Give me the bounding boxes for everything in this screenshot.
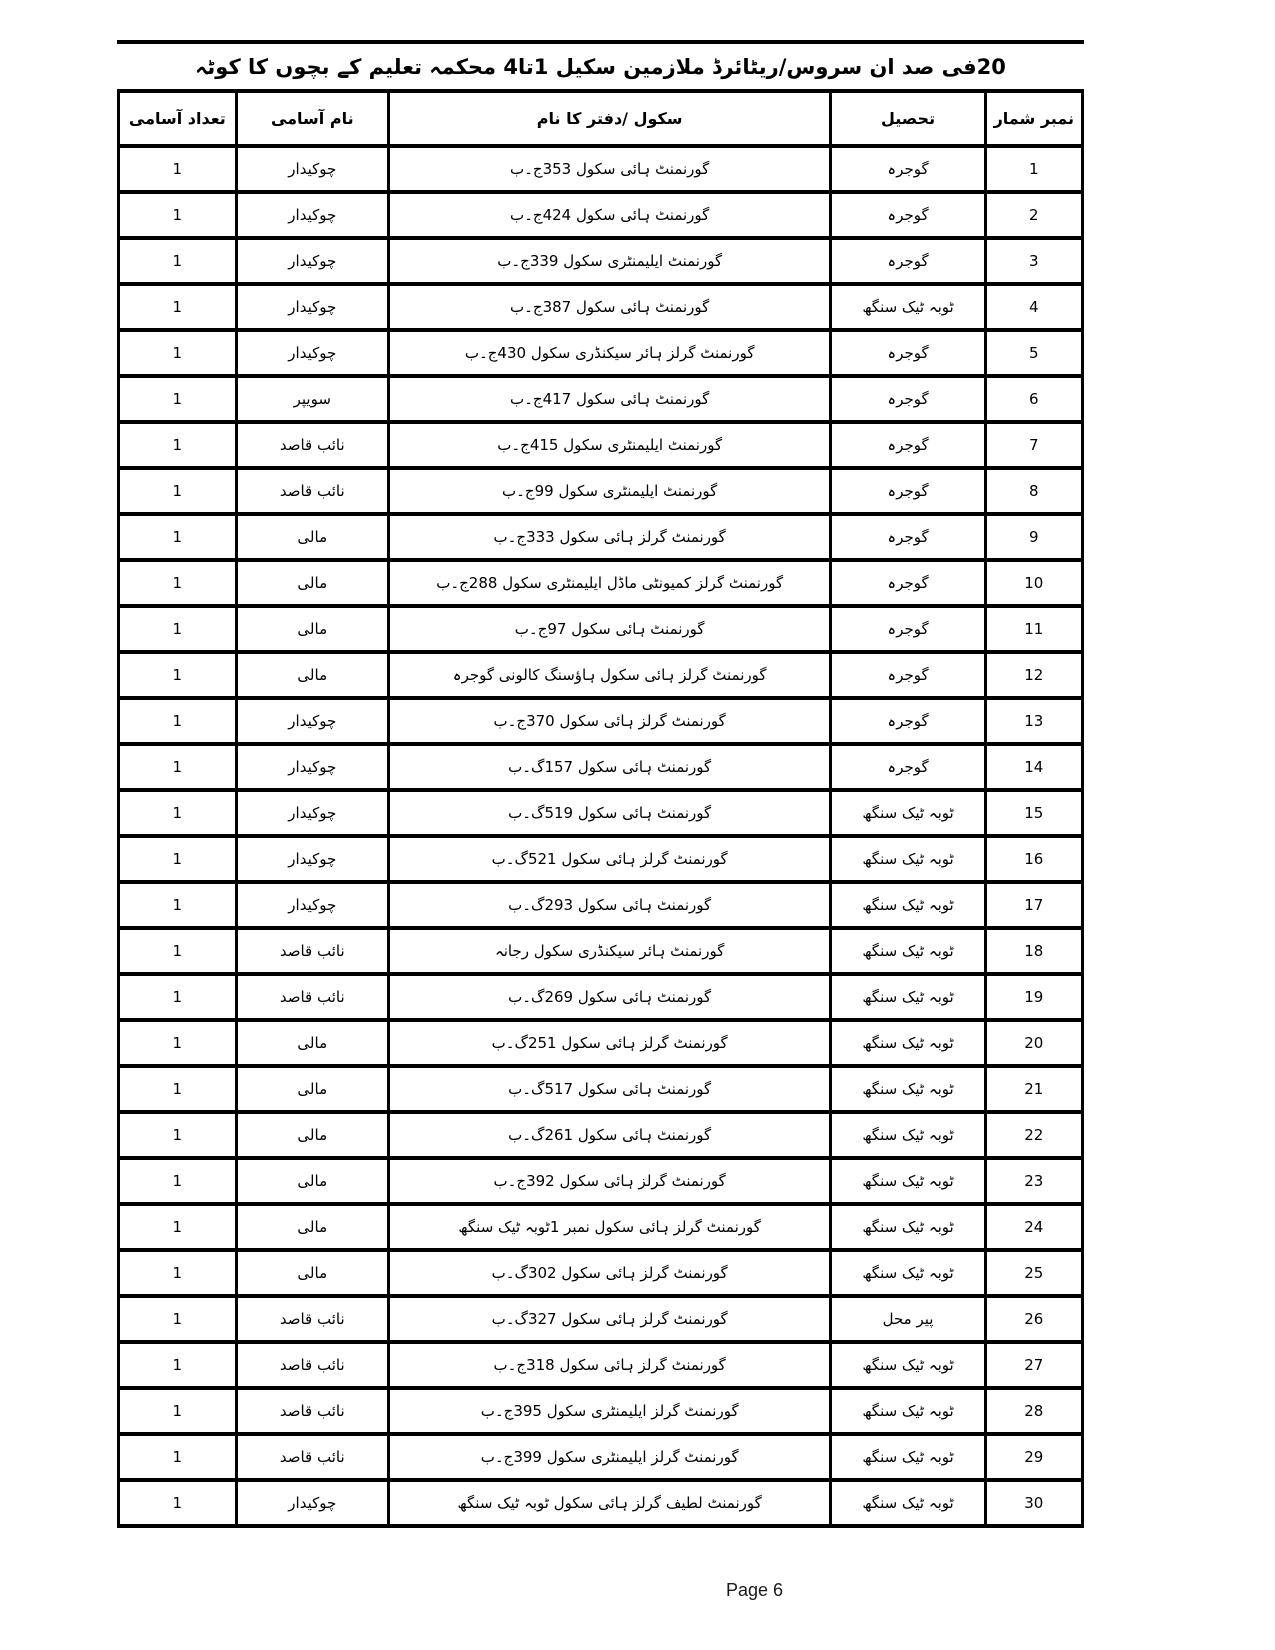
serial-cell: 11 <box>985 606 1082 652</box>
post-cell: نائب قاصد <box>236 1434 388 1480</box>
school-cell: گورنمنٹ گرلز ہائی سکول ہاؤسنگ کالونی گوج… <box>388 652 830 698</box>
table-row: 6گوجرہگورنمنٹ ہائی سکول 417ج۔بسویپر1 <box>119 376 1083 422</box>
post-cell: مالی <box>236 1250 388 1296</box>
count-cell: 1 <box>119 1112 237 1158</box>
school-cell: گورنمنٹ لطیف گرلز ہائی سکول ٹوبہ ٹیک سنگ… <box>388 1480 830 1526</box>
tehsil-cell: ٹوبہ ٹیک سنگھ <box>831 1480 985 1526</box>
school-cell: گورنمنٹ گرلز ہائی سکول 521گ۔ب <box>388 836 830 882</box>
page-title: 20فی صد ان سروس/ریٹائرڈ ملازمین سکیل 1تا… <box>117 44 1084 89</box>
tehsil-cell: ٹوبہ ٹیک سنگھ <box>831 1066 985 1112</box>
table-row: 17ٹوبہ ٹیک سنگھگورنمنٹ ہائی سکول 293گ۔بچ… <box>119 882 1083 928</box>
table-row: 9گوجرہگورنمنٹ گرلز ہائی سکول 333ج۔بمالی1 <box>119 514 1083 560</box>
table-row: 13گوجرہگورنمنٹ گرلز ہائی سکول 370ج۔بچوکی… <box>119 698 1083 744</box>
table-row: 21ٹوبہ ٹیک سنگھگورنمنٹ ہائی سکول 517گ۔بم… <box>119 1066 1083 1112</box>
tehsil-cell: گوجرہ <box>831 422 985 468</box>
tehsil-cell: گوجرہ <box>831 468 985 514</box>
school-cell: گورنمنٹ ہائی سکول 424ج۔ب <box>388 192 830 238</box>
post-cell: مالی <box>236 514 388 560</box>
count-cell: 1 <box>119 744 237 790</box>
serial-cell: 1 <box>985 146 1082 192</box>
count-cell: 1 <box>119 1158 237 1204</box>
tehsil-cell: ٹوبہ ٹیک سنگھ <box>831 1434 985 1480</box>
serial-cell: 23 <box>985 1158 1082 1204</box>
post-cell: نائب قاصد <box>236 422 388 468</box>
serial-cell: 16 <box>985 836 1082 882</box>
school-cell: گورنمنٹ ہائی سکول 157گ۔ب <box>388 744 830 790</box>
tehsil-cell: گوجرہ <box>831 238 985 284</box>
post-cell: نائب قاصد <box>236 1388 388 1434</box>
tehsil-cell: گوجرہ <box>831 192 985 238</box>
school-cell: گورنمنٹ گرلز ہائی سکول 333ج۔ب <box>388 514 830 560</box>
post-cell: مالی <box>236 1020 388 1066</box>
serial-cell: 10 <box>985 560 1082 606</box>
school-cell: گورنمنٹ گرلز ہائی سکول 251گ۔ب <box>388 1020 830 1066</box>
table-row: 26پیر محلگورنمنٹ گرلز ہائی سکول 327گ۔بنا… <box>119 1296 1083 1342</box>
header-serial: نمبر شمار <box>985 91 1082 146</box>
serial-cell: 27 <box>985 1342 1082 1388</box>
table-row: 23ٹوبہ ٹیک سنگھگورنمنٹ گرلز ہائی سکول 39… <box>119 1158 1083 1204</box>
header-post-count: تعداد آسامی <box>119 91 237 146</box>
school-cell: گورنمنٹ گرلز ہائی سکول 327گ۔ب <box>388 1296 830 1342</box>
school-cell: گورنمنٹ ہائر سیکنڈری سکول رجانہ <box>388 928 830 974</box>
table-row: 10گوجرہگورنمنٹ گرلز کمیونٹی ماڈل ایلیمنٹ… <box>119 560 1083 606</box>
table-header: نمبر شمار تحصیل سکول /دفتر کا نام نام آس… <box>119 91 1083 146</box>
count-cell: 1 <box>119 790 237 836</box>
post-cell: نائب قاصد <box>236 1296 388 1342</box>
tehsil-cell: ٹوبہ ٹیک سنگھ <box>831 836 985 882</box>
count-cell: 1 <box>119 422 237 468</box>
count-cell: 1 <box>119 1388 237 1434</box>
serial-cell: 26 <box>985 1296 1082 1342</box>
school-cell: گورنمنٹ گرلز ہائی سکول 318ج۔ب <box>388 1342 830 1388</box>
school-cell: گورنمنٹ ایلیمنٹری سکول 99ج۔ب <box>388 468 830 514</box>
table-row: 2گوجرہگورنمنٹ ہائی سکول 424ج۔بچوکیدار1 <box>119 192 1083 238</box>
serial-cell: 3 <box>985 238 1082 284</box>
serial-cell: 24 <box>985 1204 1082 1250</box>
table-row: 1گوجرہگورنمنٹ ہائی سکول 353ج۔بچوکیدار1 <box>119 146 1083 192</box>
count-cell: 1 <box>119 1434 237 1480</box>
table-row: 5گوجرہگورنمنٹ گرلز ہائر سیکنڈری سکول 430… <box>119 330 1083 376</box>
tehsil-cell: گوجرہ <box>831 560 985 606</box>
school-cell: گورنمنٹ ہائی سکول 517گ۔ب <box>388 1066 830 1112</box>
school-cell: گورنمنٹ ہائی سکول 353ج۔ب <box>388 146 830 192</box>
quota-table: نمبر شمار تحصیل سکول /دفتر کا نام نام آس… <box>117 89 1084 1528</box>
table-row: 7گوجرہگورنمنٹ ایلیمنٹری سکول 415ج۔بنائب … <box>119 422 1083 468</box>
table-row: 18ٹوبہ ٹیک سنگھگورنمنٹ ہائر سیکنڈری سکول… <box>119 928 1083 974</box>
school-cell: گورنمنٹ گرلز ہائر سیکنڈری سکول 430ج۔ب <box>388 330 830 376</box>
serial-cell: 14 <box>985 744 1082 790</box>
school-cell: گورنمنٹ گرلز ہائی سکول 392ج۔ب <box>388 1158 830 1204</box>
tehsil-cell: گوجرہ <box>831 146 985 192</box>
tehsil-cell: ٹوبہ ٹیک سنگھ <box>831 1342 985 1388</box>
post-cell: چوکیدار <box>236 790 388 836</box>
count-cell: 1 <box>119 146 237 192</box>
count-cell: 1 <box>119 560 237 606</box>
serial-cell: 29 <box>985 1434 1082 1480</box>
post-cell: مالی <box>236 560 388 606</box>
serial-cell: 19 <box>985 974 1082 1020</box>
tehsil-cell: ٹوبہ ٹیک سنگھ <box>831 882 985 928</box>
document-sheet: 20فی صد ان سروس/ریٹائرڈ ملازمین سکیل 1تا… <box>117 0 1084 1528</box>
table-row: 12گوجرہگورنمنٹ گرلز ہائی سکول ہاؤسنگ کال… <box>119 652 1083 698</box>
serial-cell: 12 <box>985 652 1082 698</box>
count-cell: 1 <box>119 1480 237 1526</box>
post-cell: چوکیدار <box>236 238 388 284</box>
table-row: 28ٹوبہ ٹیک سنگھگورنمنٹ گرلز ایلیمنٹری سک… <box>119 1388 1083 1434</box>
tehsil-cell: ٹوبہ ٹیک سنگھ <box>831 1250 985 1296</box>
post-cell: چوکیدار <box>236 882 388 928</box>
serial-cell: 4 <box>985 284 1082 330</box>
post-cell: چوکیدار <box>236 284 388 330</box>
post-cell: چوکیدار <box>236 330 388 376</box>
count-cell: 1 <box>119 468 237 514</box>
serial-cell: 25 <box>985 1250 1082 1296</box>
tehsil-cell: پیر محل <box>831 1296 985 1342</box>
tehsil-cell: ٹوبہ ٹیک سنگھ <box>831 1020 985 1066</box>
school-cell: گورنمنٹ ہائی سکول 387ج۔ب <box>388 284 830 330</box>
serial-cell: 7 <box>985 422 1082 468</box>
tehsil-cell: ٹوبہ ٹیک سنگھ <box>831 974 985 1020</box>
serial-cell: 21 <box>985 1066 1082 1112</box>
serial-cell: 30 <box>985 1480 1082 1526</box>
post-cell: چوکیدار <box>236 1480 388 1526</box>
post-cell: مالی <box>236 1066 388 1112</box>
school-cell: گورنمنٹ گرلز ہائی سکول نمبر 1ٹوبہ ٹیک سن… <box>388 1204 830 1250</box>
post-cell: مالی <box>236 652 388 698</box>
post-cell: نائب قاصد <box>236 974 388 1020</box>
school-cell: گورنمنٹ گرلز کمیونٹی ماڈل ایلیمنٹری سکول… <box>388 560 830 606</box>
post-cell: چوکیدار <box>236 146 388 192</box>
count-cell: 1 <box>119 698 237 744</box>
header-row: نمبر شمار تحصیل سکول /دفتر کا نام نام آس… <box>119 91 1083 146</box>
count-cell: 1 <box>119 606 237 652</box>
count-cell: 1 <box>119 1066 237 1112</box>
post-cell: نائب قاصد <box>236 928 388 974</box>
table-row: 16ٹوبہ ٹیک سنگھگورنمنٹ گرلز ہائی سکول 52… <box>119 836 1083 882</box>
school-cell: گورنمنٹ ہائی سکول 269گ۔ب <box>388 974 830 1020</box>
school-cell: گورنمنٹ ایلیمنٹری سکول 415ج۔ب <box>388 422 830 468</box>
tehsil-cell: گوجرہ <box>831 698 985 744</box>
post-cell: چوکیدار <box>236 698 388 744</box>
serial-cell: 6 <box>985 376 1082 422</box>
tehsil-cell: گوجرہ <box>831 514 985 560</box>
post-cell: مالی <box>236 1158 388 1204</box>
serial-cell: 2 <box>985 192 1082 238</box>
table-row: 19ٹوبہ ٹیک سنگھگورنمنٹ ہائی سکول 269گ۔بن… <box>119 974 1083 1020</box>
table-row: 15ٹوبہ ٹیک سنگھگورنمنٹ ہائی سکول 519گ۔بچ… <box>119 790 1083 836</box>
school-cell: گورنمنٹ ہائی سکول 417ج۔ب <box>388 376 830 422</box>
count-cell: 1 <box>119 514 237 560</box>
serial-cell: 9 <box>985 514 1082 560</box>
post-cell: مالی <box>236 1112 388 1158</box>
tehsil-cell: گوجرہ <box>831 330 985 376</box>
count-cell: 1 <box>119 330 237 376</box>
page-number: Page 6 <box>117 1580 1275 1601</box>
school-cell: گورنمنٹ ہائی سکول 261گ۔ب <box>388 1112 830 1158</box>
table-row: 8گوجرہگورنمنٹ ایلیمنٹری سکول 99ج۔بنائب ق… <box>119 468 1083 514</box>
serial-cell: 20 <box>985 1020 1082 1066</box>
table-row: 4ٹوبہ ٹیک سنگھگورنمنٹ ہائی سکول 387ج۔بچو… <box>119 284 1083 330</box>
header-tehsil: تحصیل <box>831 91 985 146</box>
serial-cell: 15 <box>985 790 1082 836</box>
tehsil-cell: ٹوبہ ٹیک سنگھ <box>831 928 985 974</box>
post-cell: نائب قاصد <box>236 468 388 514</box>
count-cell: 1 <box>119 928 237 974</box>
table-body: 1گوجرہگورنمنٹ ہائی سکول 353ج۔بچوکیدار12گ… <box>119 146 1083 1526</box>
serial-cell: 5 <box>985 330 1082 376</box>
table-row: 24ٹوبہ ٹیک سنگھگورنمنٹ گرلز ہائی سکول نم… <box>119 1204 1083 1250</box>
count-cell: 1 <box>119 284 237 330</box>
count-cell: 1 <box>119 974 237 1020</box>
school-cell: گورنمنٹ گرلز ایلیمنٹری سکول 395ج۔ب <box>388 1388 830 1434</box>
table-row: 14گوجرہگورنمنٹ ہائی سکول 157گ۔بچوکیدار1 <box>119 744 1083 790</box>
tehsil-cell: گوجرہ <box>831 744 985 790</box>
table-row: 22ٹوبہ ٹیک سنگھگورنمنٹ ہائی سکول 261گ۔بم… <box>119 1112 1083 1158</box>
school-cell: گورنمنٹ گرلز ایلیمنٹری سکول 399ج۔ب <box>388 1434 830 1480</box>
count-cell: 1 <box>119 192 237 238</box>
post-cell: مالی <box>236 1204 388 1250</box>
table-row: 20ٹوبہ ٹیک سنگھگورنمنٹ گرلز ہائی سکول 25… <box>119 1020 1083 1066</box>
serial-cell: 13 <box>985 698 1082 744</box>
table-row: 27ٹوبہ ٹیک سنگھگورنمنٹ گرلز ہائی سکول 31… <box>119 1342 1083 1388</box>
school-cell: گورنمنٹ گرلز ہائی سکول 302گ۔ب <box>388 1250 830 1296</box>
serial-cell: 18 <box>985 928 1082 974</box>
post-cell: نائب قاصد <box>236 1342 388 1388</box>
tehsil-cell: گوجرہ <box>831 376 985 422</box>
header-post-name: نام آسامی <box>236 91 388 146</box>
tehsil-cell: گوجرہ <box>831 606 985 652</box>
tehsil-cell: ٹوبہ ٹیک سنگھ <box>831 1388 985 1434</box>
serial-cell: 17 <box>985 882 1082 928</box>
tehsil-cell: ٹوبہ ٹیک سنگھ <box>831 284 985 330</box>
count-cell: 1 <box>119 882 237 928</box>
tehsil-cell: ٹوبہ ٹیک سنگھ <box>831 790 985 836</box>
post-cell: چوکیدار <box>236 836 388 882</box>
count-cell: 1 <box>119 1250 237 1296</box>
school-cell: گورنمنٹ ہائی سکول 519گ۔ب <box>388 790 830 836</box>
post-cell: چوکیدار <box>236 744 388 790</box>
school-cell: گورنمنٹ گرلز ہائی سکول 370ج۔ب <box>388 698 830 744</box>
table-row: 29ٹوبہ ٹیک سنگھگورنمنٹ گرلز ایلیمنٹری سک… <box>119 1434 1083 1480</box>
table-row: 11گوجرہگورنمنٹ ہائی سکول 97ج۔بمالی1 <box>119 606 1083 652</box>
tehsil-cell: ٹوبہ ٹیک سنگھ <box>831 1112 985 1158</box>
count-cell: 1 <box>119 836 237 882</box>
count-cell: 1 <box>119 1020 237 1066</box>
post-cell: مالی <box>236 606 388 652</box>
count-cell: 1 <box>119 1296 237 1342</box>
table-row: 30ٹوبہ ٹیک سنگھگورنمنٹ لطیف گرلز ہائی سک… <box>119 1480 1083 1526</box>
tehsil-cell: ٹوبہ ٹیک سنگھ <box>831 1158 985 1204</box>
school-cell: گورنمنٹ ہائی سکول 293گ۔ب <box>388 882 830 928</box>
tehsil-cell: ٹوبہ ٹیک سنگھ <box>831 1204 985 1250</box>
count-cell: 1 <box>119 376 237 422</box>
post-cell: چوکیدار <box>236 192 388 238</box>
serial-cell: 28 <box>985 1388 1082 1434</box>
table-row: 3گوجرہگورنمنٹ ایلیمنٹری سکول 339ج۔بچوکید… <box>119 238 1083 284</box>
post-cell: سویپر <box>236 376 388 422</box>
school-cell: گورنمنٹ ہائی سکول 97ج۔ب <box>388 606 830 652</box>
table-row: 25ٹوبہ ٹیک سنگھگورنمنٹ گرلز ہائی سکول 30… <box>119 1250 1083 1296</box>
count-cell: 1 <box>119 652 237 698</box>
count-cell: 1 <box>119 1342 237 1388</box>
count-cell: 1 <box>119 238 237 284</box>
tehsil-cell: گوجرہ <box>831 652 985 698</box>
school-cell: گورنمنٹ ایلیمنٹری سکول 339ج۔ب <box>388 238 830 284</box>
header-school-office-name: سکول /دفتر کا نام <box>388 91 830 146</box>
count-cell: 1 <box>119 1204 237 1250</box>
serial-cell: 8 <box>985 468 1082 514</box>
serial-cell: 22 <box>985 1112 1082 1158</box>
